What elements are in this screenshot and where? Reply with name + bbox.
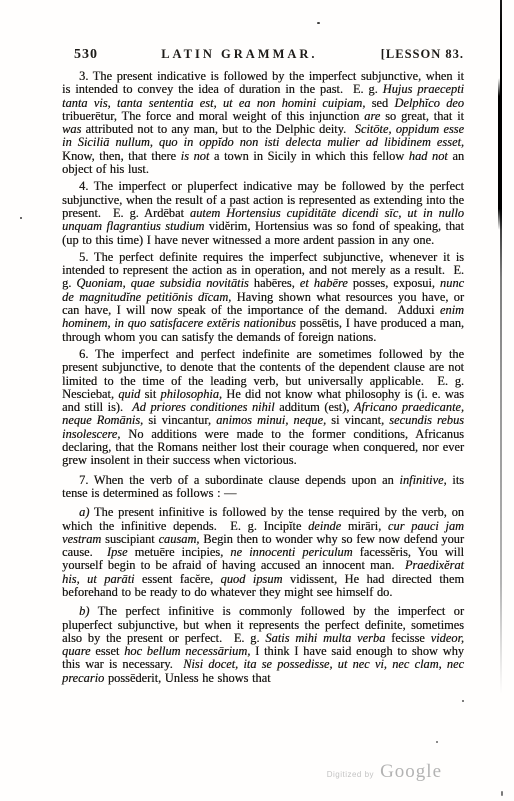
paragraph-4: 4. The imperfect or pluperfect indicativ…	[62, 180, 464, 246]
scan-edge-artifact-thick	[498, 78, 502, 230]
scan-speck	[317, 22, 320, 24]
page-number: 530	[74, 47, 98, 63]
lesson-header: [LESSON 83.	[381, 47, 464, 62]
paragraph-6: 6. The imperfect and perfect indefinite …	[62, 348, 464, 468]
paragraph-5: 5. The perfect definite requires the imp…	[62, 251, 464, 344]
scan-speck	[20, 217, 22, 219]
paragraph-7a: a) The present infinitive is followed by…	[62, 506, 464, 599]
scan-speck	[462, 700, 464, 702]
running-title: LATIN GRAMMAR.	[161, 47, 317, 62]
paragraph-7: 7. When the verb of a subordinate clause…	[62, 474, 464, 501]
scan-speck	[436, 741, 438, 743]
scanned-page: 530 LATIN GRAMMAR. [LESSON 83. 3. The pr…	[0, 0, 514, 801]
paragraph-7b: b) The perfect infinitive is commonly fo…	[62, 605, 464, 685]
watermark-prefix-text: Digitized by	[327, 770, 374, 779]
google-logo: Google	[380, 761, 442, 783]
page-body: 3. The present indicative is followed by…	[62, 70, 464, 689]
paragraph-3: 3. The present indicative is followed by…	[62, 70, 464, 176]
page-header: 530 LATIN GRAMMAR. [LESSON 83.	[74, 47, 464, 63]
scan-corner-mark	[501, 791, 503, 796]
google-watermark: Digitized by Google	[327, 761, 442, 783]
